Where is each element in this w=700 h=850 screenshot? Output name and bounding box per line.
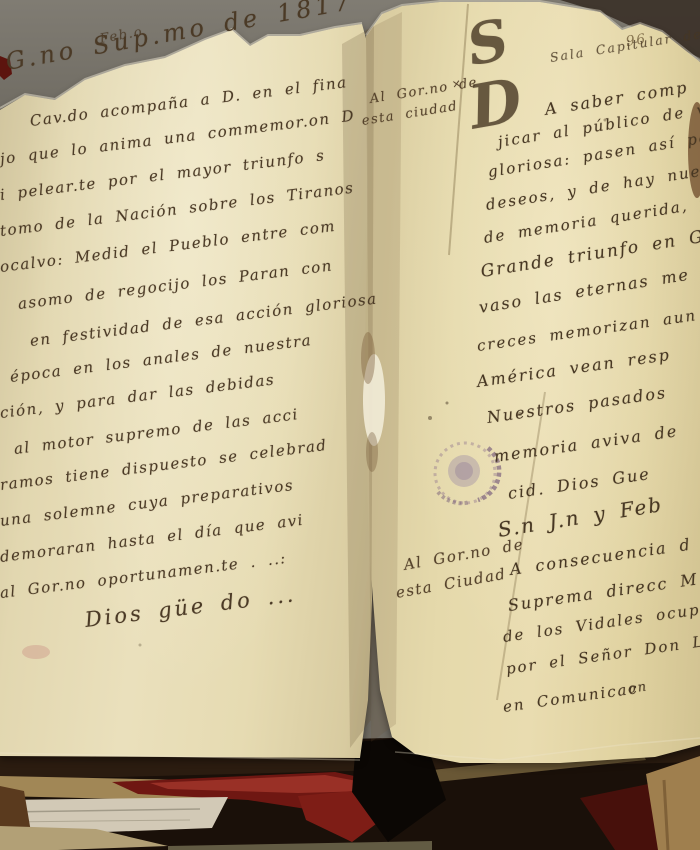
circular-ink-stamp-icon	[435, 443, 499, 503]
page-decorations	[0, 0, 700, 850]
photograph-open-manuscript-book: Feb.o G.no Sup.mo de 1817 Cav.do acompañ…	[0, 0, 700, 850]
